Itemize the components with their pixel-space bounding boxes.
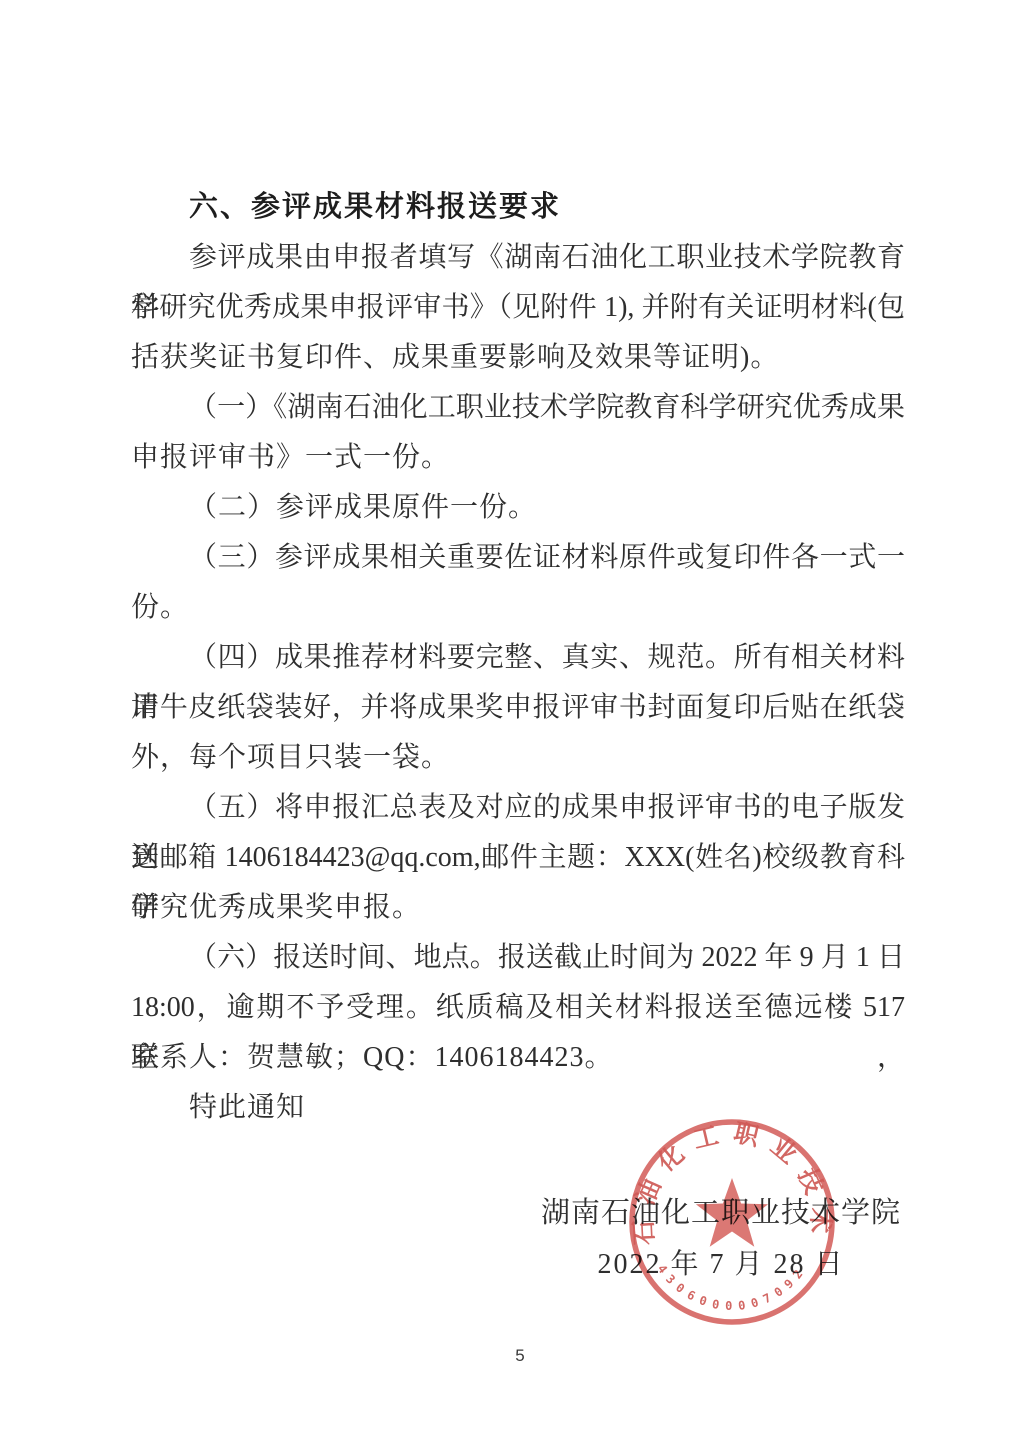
body-line: 份。 [131, 583, 905, 633]
official-seal: 湖南石油化工职业技术学院 4306000007092 [622, 1110, 844, 1338]
document-page: 六、参评成果材料报送要求 参评成果由申报者填写《湖南石油化工职业技术学院教育科 … [0, 0, 1024, 1450]
body-text: 参评成果由申报者填写《湖南石油化工职业技术学院教育科 学研究优秀成果申报评审书》… [131, 233, 905, 1133]
body-line: 括获奖证书复印件、成果重要影响及效果等证明)。 [131, 333, 905, 383]
body-line: （四）成果推荐材料要完整、真实、规范。所有相关材料请 [131, 633, 905, 683]
body-line: 学研究优秀成果申报评审书》（见附件 1), 并附有关证明材料(包 [131, 283, 905, 333]
body-line: （一）《湖南石油化工职业技术学院教育科学研究优秀成果 [131, 383, 905, 433]
body-line: （六）报送时间、地点。报送截止时间为 2022 年 9 月 1 日 [131, 933, 905, 983]
body-line: （二）参评成果原件一份。 [131, 483, 905, 533]
body-line: 申报评审书》一式一份。 [131, 433, 905, 483]
body-line: 到邮箱 1406184423@qq.com,邮件主题：XXX(姓名)校级教育科学 [131, 833, 905, 883]
body-line: （三）参评成果相关重要佐证材料原件或复印件各一式一 [131, 533, 905, 583]
seal-star-icon [696, 1178, 768, 1247]
body-line: 参评成果由申报者填写《湖南石油化工职业技术学院教育科 [131, 233, 905, 283]
body-line: 研究优秀成果奖申报。 [131, 883, 905, 933]
document-content: 六、参评成果材料报送要求 参评成果由申报者填写《湖南石油化工职业技术学院教育科 … [131, 181, 905, 1133]
body-line: 18:00，逾期不予受理。纸质稿及相关材料报送至德远楼 517 室， [131, 983, 905, 1033]
body-line: 用牛皮纸袋装好，并将成果奖申报评审书封面复印后贴在纸袋 [131, 683, 905, 733]
body-line: 外，每个项目只装一袋。 [131, 733, 905, 783]
page-number: 5 [480, 1346, 560, 1366]
body-line: （五）将申报汇总表及对应的成果申报评审书的电子版发送 [131, 783, 905, 833]
section-heading: 六、参评成果材料报送要求 [131, 181, 905, 233]
